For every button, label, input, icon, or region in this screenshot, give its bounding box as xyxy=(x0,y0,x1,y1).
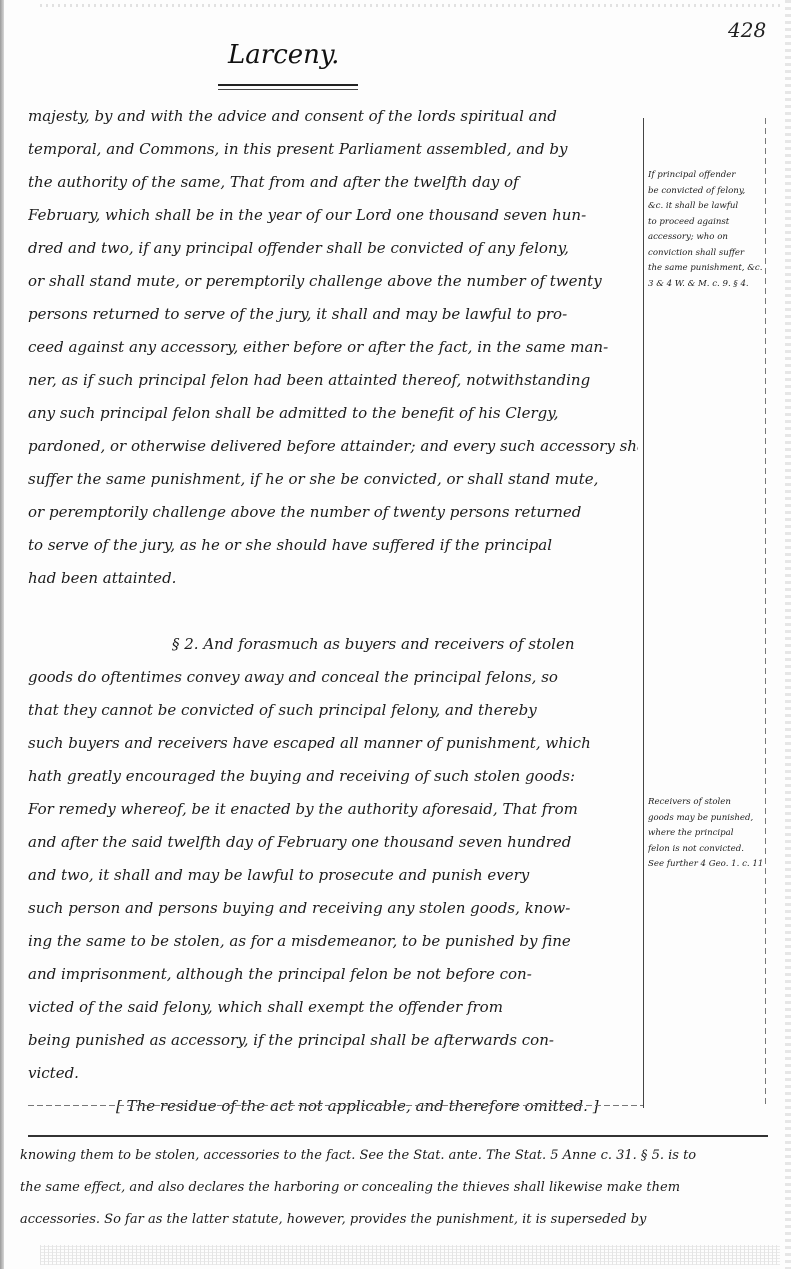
text-line: conviction shall suffer xyxy=(648,246,764,262)
text-line: accessories. So far as the latter statut… xyxy=(20,1204,780,1236)
text-line: suffer the same punishment, if he or she… xyxy=(28,463,638,496)
text-line: where the principal xyxy=(648,826,764,842)
text-line: For remedy whereof, be it enacted by the… xyxy=(28,793,638,826)
text-line: the authority of the same, That from and… xyxy=(28,166,638,199)
text-line: and imprisonment, although the principal… xyxy=(28,958,638,991)
sidenote-receivers-stolen-goods: Receivers of stolengoods may be punished… xyxy=(648,795,764,873)
text-line: such buyers and receivers have escaped a… xyxy=(28,727,638,760)
title-underline xyxy=(218,84,358,90)
statute-body: majesty, by and with the advice and cons… xyxy=(28,100,638,1123)
text-line: and two, it shall and may be lawful to p… xyxy=(28,859,638,892)
scan-noise-bottom xyxy=(40,1245,780,1265)
text-line: See further 4 Geo. 1. c. 11. xyxy=(648,857,764,873)
text-line: be convicted of felony, xyxy=(648,184,764,200)
footnote-divider-dashed xyxy=(28,1105,643,1106)
text-line: dred and two, if any principal offender … xyxy=(28,232,638,265)
text-line: § 2. And forasmuch as buyers and receive… xyxy=(28,628,638,661)
text-line: temporal, and Commons, in this present P… xyxy=(28,133,638,166)
text-line: the same effect, and also declares the h… xyxy=(20,1172,780,1204)
text-line: &c. it shall be lawful xyxy=(648,199,764,215)
text-line: goods may be punished, xyxy=(648,811,764,827)
text-line: victed of the said felony, which shall e… xyxy=(28,991,638,1024)
text-line: knowing them to be stolen, accessories t… xyxy=(20,1140,780,1172)
text-line: ceed against any accessory, either befor… xyxy=(28,331,638,364)
text-line: or peremptorily challenge above the numb… xyxy=(28,496,638,529)
page-right-edge xyxy=(785,0,791,1269)
text-line: goods do oftentimes convey away and conc… xyxy=(28,661,638,694)
text-line: persons returned to serve of the jury, i… xyxy=(28,298,638,331)
sidenote-accessory-punishment: If principal offenderbe convicted of fel… xyxy=(648,168,764,292)
text-line: pardoned, or otherwise delivered before … xyxy=(28,430,638,463)
text-line: any such principal felon shall be admitt… xyxy=(28,397,638,430)
text-line: that they cannot be convicted of such pr… xyxy=(28,694,638,727)
page-left-edge xyxy=(0,0,4,1269)
margin-rule-right xyxy=(765,118,766,1108)
text-line: 3 & 4 W. & M. c. 9. § 4. xyxy=(648,277,764,293)
text-line: If principal offender xyxy=(648,168,764,184)
text-line: felon is not convicted. xyxy=(648,842,764,858)
text-line: ing the same to be stolen, as for a misd… xyxy=(28,925,638,958)
text-line: February, which shall be in the year of … xyxy=(28,199,638,232)
text-line: ner, as if such principal felon had been… xyxy=(28,364,638,397)
paragraph-2-section-2: § 2. And forasmuch as buyers and receive… xyxy=(28,628,638,1090)
text-line: had been attainted. xyxy=(28,562,638,595)
footnote: knowing them to be stolen, accessories t… xyxy=(20,1140,780,1236)
text-line: and after the said twelfth day of Februa… xyxy=(28,826,638,859)
text-line: hath greatly encouraged the buying and r… xyxy=(28,760,638,793)
text-line: to serve of the jury, as he or she shoul… xyxy=(28,529,638,562)
page-title: Larceny. xyxy=(228,40,339,70)
text-line: Receivers of stolen xyxy=(648,795,764,811)
scan-noise-top xyxy=(40,4,780,7)
text-line: to proceed against xyxy=(648,215,764,231)
text-line: victed. xyxy=(28,1057,638,1090)
paragraph-1: majesty, by and with the advice and cons… xyxy=(28,100,638,595)
text-line: such person and persons buying and recei… xyxy=(28,892,638,925)
footnote-divider xyxy=(28,1135,768,1137)
text-line: being punished as accessory, if the prin… xyxy=(28,1024,638,1057)
page-number: 428 xyxy=(728,18,766,42)
text-line: or shall stand mute, or peremptorily cha… xyxy=(28,265,638,298)
text-line: the same punishment, &c. xyxy=(648,261,764,277)
omission-note: [ The residue of the act not applicable,… xyxy=(28,1090,638,1123)
margin-rule-left xyxy=(643,118,644,1108)
manuscript-page: 428 Larceny. majesty, by and with the ad… xyxy=(0,0,791,1269)
text-line: majesty, by and with the advice and cons… xyxy=(28,100,638,133)
text-line: accessory; who on xyxy=(648,230,764,246)
